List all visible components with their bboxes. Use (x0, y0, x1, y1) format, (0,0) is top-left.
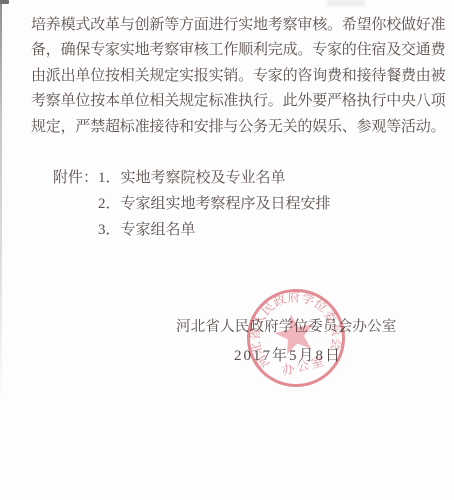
attachment-item: 1．实地考察院校及专业名单 (98, 170, 286, 186)
scan-smudge-artifact (327, 0, 365, 6)
body-line: 由派出单位按相关规定实报实销。专家的咨询费和接待餐费由被 (31, 64, 441, 89)
attachment-item: 3．专家组名单 (98, 222, 196, 238)
body-line: 备，确保专家实地考察审核工作顺利完成。专家的住宿及交通费 (31, 38, 441, 63)
star-icon (271, 310, 318, 356)
attachments-block: 附件：1．实地考察院校及专业名单 2．专家组实地考察程序及日程安排 3．专家组名… (53, 165, 331, 243)
body-line: 规定，严禁超标准接待和安排与公务无关的娱乐、参观等活动。 (31, 115, 441, 140)
body-line: 考察单位按本单位相关规定标准执行。此外要严格执行中央八项 (31, 89, 441, 114)
body-line: 培养模式改革与创新等方面进行实地考察审核。希望你校做好准 (31, 13, 441, 38)
attachments-label: 附件： (53, 170, 98, 186)
attachment-row: 2．专家组实地考察程序及日程安排 (53, 191, 331, 217)
official-seal: 河北省人民政府学位委员会 办公室 (211, 253, 381, 423)
document-page: 培养模式改革与创新等方面进行实地考察审核。希望你校做好准 备，确保专家实地考察审… (0, 0, 454, 500)
body-paragraph: 培养模式改革与创新等方面进行实地考察审核。希望你校做好准 备，确保专家实地考察审… (31, 13, 441, 140)
attachment-item: 2．专家组实地考察程序及日程安排 (98, 196, 331, 212)
attachment-row: 3．专家组名单 (53, 217, 331, 243)
scan-edge-artifact (0, 0, 2, 400)
scan-corner-artifact (0, 0, 9, 4)
attachment-row: 附件：1．实地考察院校及专业名单 (53, 165, 331, 191)
seal-office-text: 办公室 (280, 353, 327, 378)
